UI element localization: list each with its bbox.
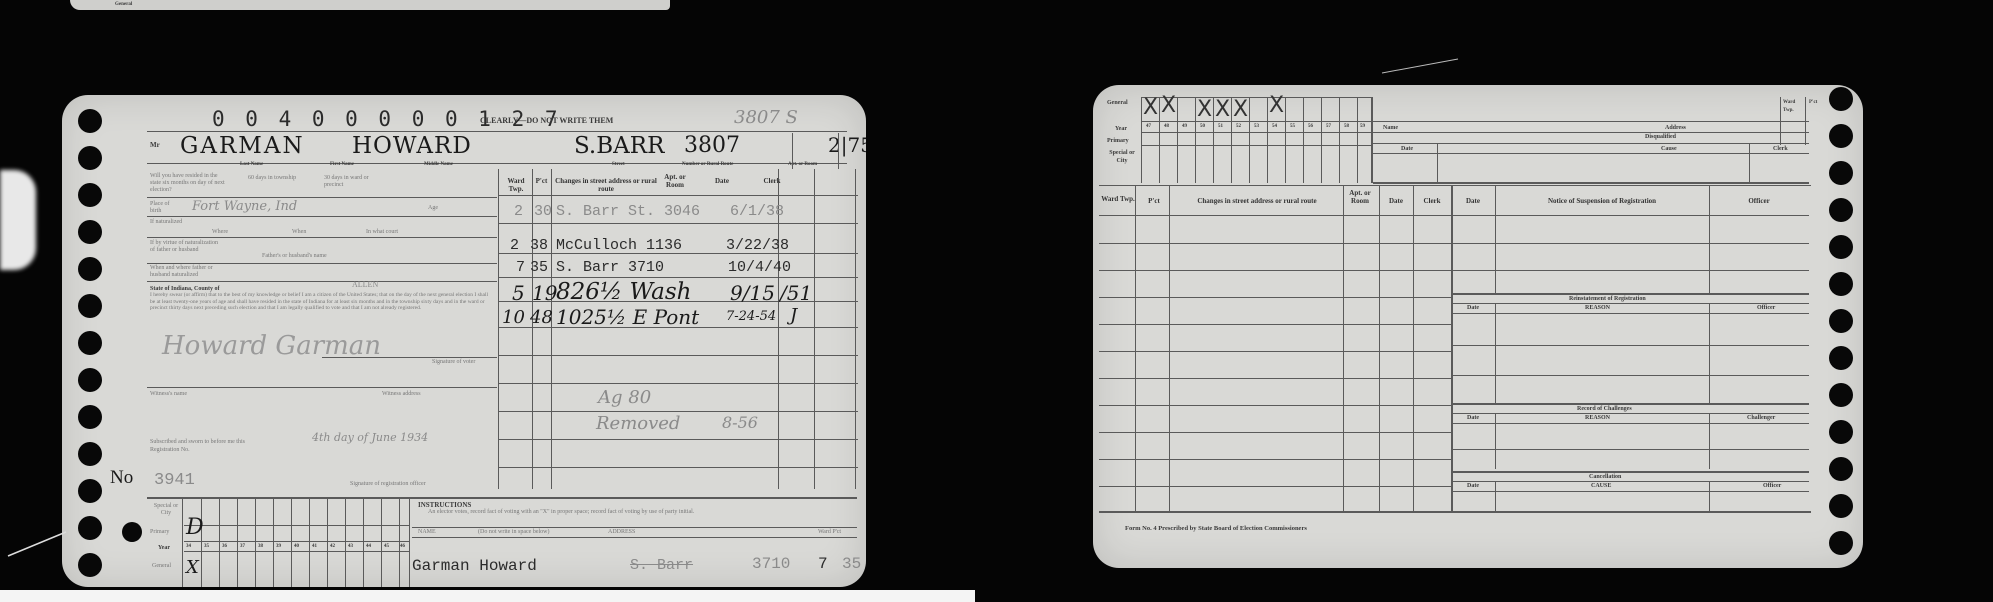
- footer-pct: 35: [842, 555, 861, 573]
- label-number: Number or Rural Route: [682, 161, 733, 169]
- label-street: Street: [612, 161, 625, 169]
- header-handwritten: 3807 S: [734, 107, 798, 128]
- street: S.BARR: [574, 133, 664, 159]
- label-first-name: First Name: [330, 161, 354, 169]
- back-card: General Year Primary Special or City 47 …: [1093, 85, 1863, 568]
- ward-pct-header: 2|75: [828, 133, 866, 157]
- vote-mark-48: X: [1161, 95, 1176, 117]
- label-last-name: Last Name: [240, 161, 263, 169]
- title-prefix: Mr: [150, 141, 160, 149]
- left-edge-glare: [0, 170, 36, 270]
- annotation-line-2: [1380, 55, 1460, 75]
- place-of-birth-value: Fort Wayne, Ind: [192, 199, 297, 214]
- county-value: ALLEN: [352, 281, 378, 289]
- annotation-line: [0, 520, 70, 560]
- vote-mark-50: X: [1197, 99, 1212, 121]
- vote-mark-47: X: [1143, 97, 1158, 119]
- general-mark: X: [186, 557, 199, 578]
- label-middle-name: Middle Name: [424, 161, 453, 169]
- oath-date: 4th day of June 1934: [312, 431, 428, 444]
- last-name: GARMAN: [180, 133, 305, 159]
- vote-mark-51: X: [1215, 99, 1230, 121]
- registration-number: 3941: [154, 471, 195, 490]
- header-note: CLEARLY—DO NOT WRITE THEM: [480, 117, 613, 125]
- primary-mark: D: [186, 515, 204, 540]
- vote-mark-52: X: [1233, 99, 1248, 121]
- previous-card-strip: General: [70, 0, 670, 10]
- no-label: No: [110, 467, 133, 489]
- form-footer: Form No. 4 Prescribed by State Board of …: [1125, 525, 1307, 533]
- house-number: 3807: [684, 133, 740, 158]
- vote-mark-54: X: [1269, 95, 1284, 117]
- footer-name: Garman Howard: [412, 557, 537, 575]
- front-card: 0 0 4 0 0 0 0 0 1 2 7 CLEARLY—DO NOT WRI…: [62, 95, 866, 587]
- first-name: HOWARD: [352, 133, 472, 159]
- white-bar-bottom: [0, 590, 975, 602]
- footer-address: S. Barr: [630, 557, 693, 574]
- footer-number: 3710: [752, 555, 790, 573]
- footer-ward: 7: [818, 555, 828, 573]
- strip-label: General: [115, 1, 132, 9]
